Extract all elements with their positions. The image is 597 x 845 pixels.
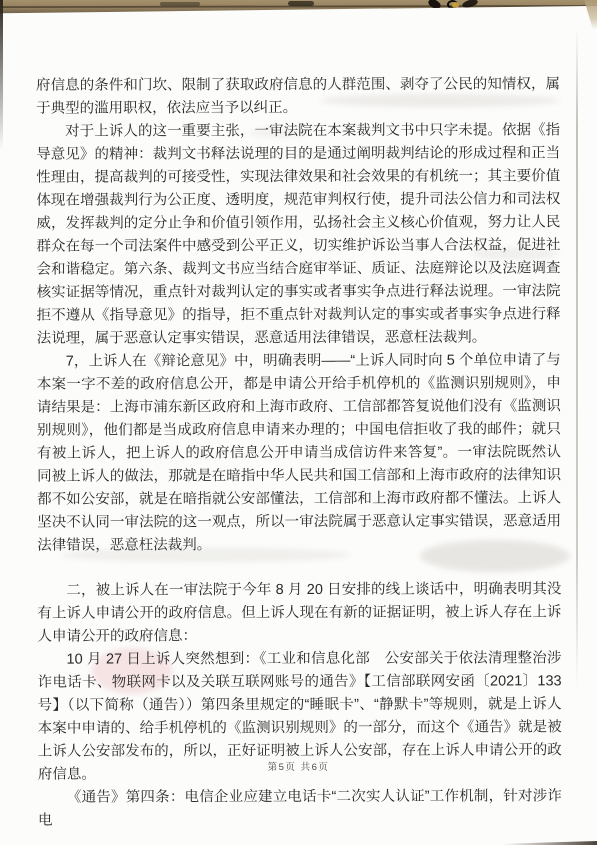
desk-edge-band xyxy=(0,0,597,14)
desk-smudge xyxy=(288,1,314,6)
paper-edge-left-shadow xyxy=(0,0,3,150)
desk-smudge xyxy=(160,2,200,6)
desk-ink-mark xyxy=(461,0,478,9)
paragraph: 《通告》第四条：电信企业应建立电话卡“二次实人认证”工作机制，针对涉诈电 xyxy=(38,785,562,832)
paragraph: 府信息的条件和门坎、限制了获取政府信息的人群范围、剥夺了公民的知情权，属于典型的… xyxy=(36,73,560,120)
paragraph: 对于上诉人的这一重要主张，一审法院在本案裁判文书中只字未提。依据《指导意见》的精… xyxy=(36,119,561,350)
desk-ink-mark xyxy=(427,0,442,10)
desk-yellow-spot xyxy=(452,2,459,8)
paragraph: 二，被上诉人在一审法院于今年 8 月 20 日安排的线上谈话中，明确表明其没有上… xyxy=(37,578,561,648)
paper-fold-line xyxy=(576,28,578,688)
document-body: 府信息的条件和门坎、限制了获取政府信息的人群范围、剥夺了公民的知情权，属于典型的… xyxy=(36,73,562,832)
paper-edge-bottom-shadow xyxy=(502,841,597,845)
scanned-document-page: 府信息的条件和门坎、限制了获取政府信息的人群范围、剥夺了公民的知情权，属于典型的… xyxy=(0,0,597,845)
paragraph: 7，上诉人在《辩论意见》中，明确表明——“上诉人同时向 5 个单位申请了与本案一… xyxy=(37,349,562,557)
page-number: 第5页 共6页 xyxy=(0,759,597,773)
